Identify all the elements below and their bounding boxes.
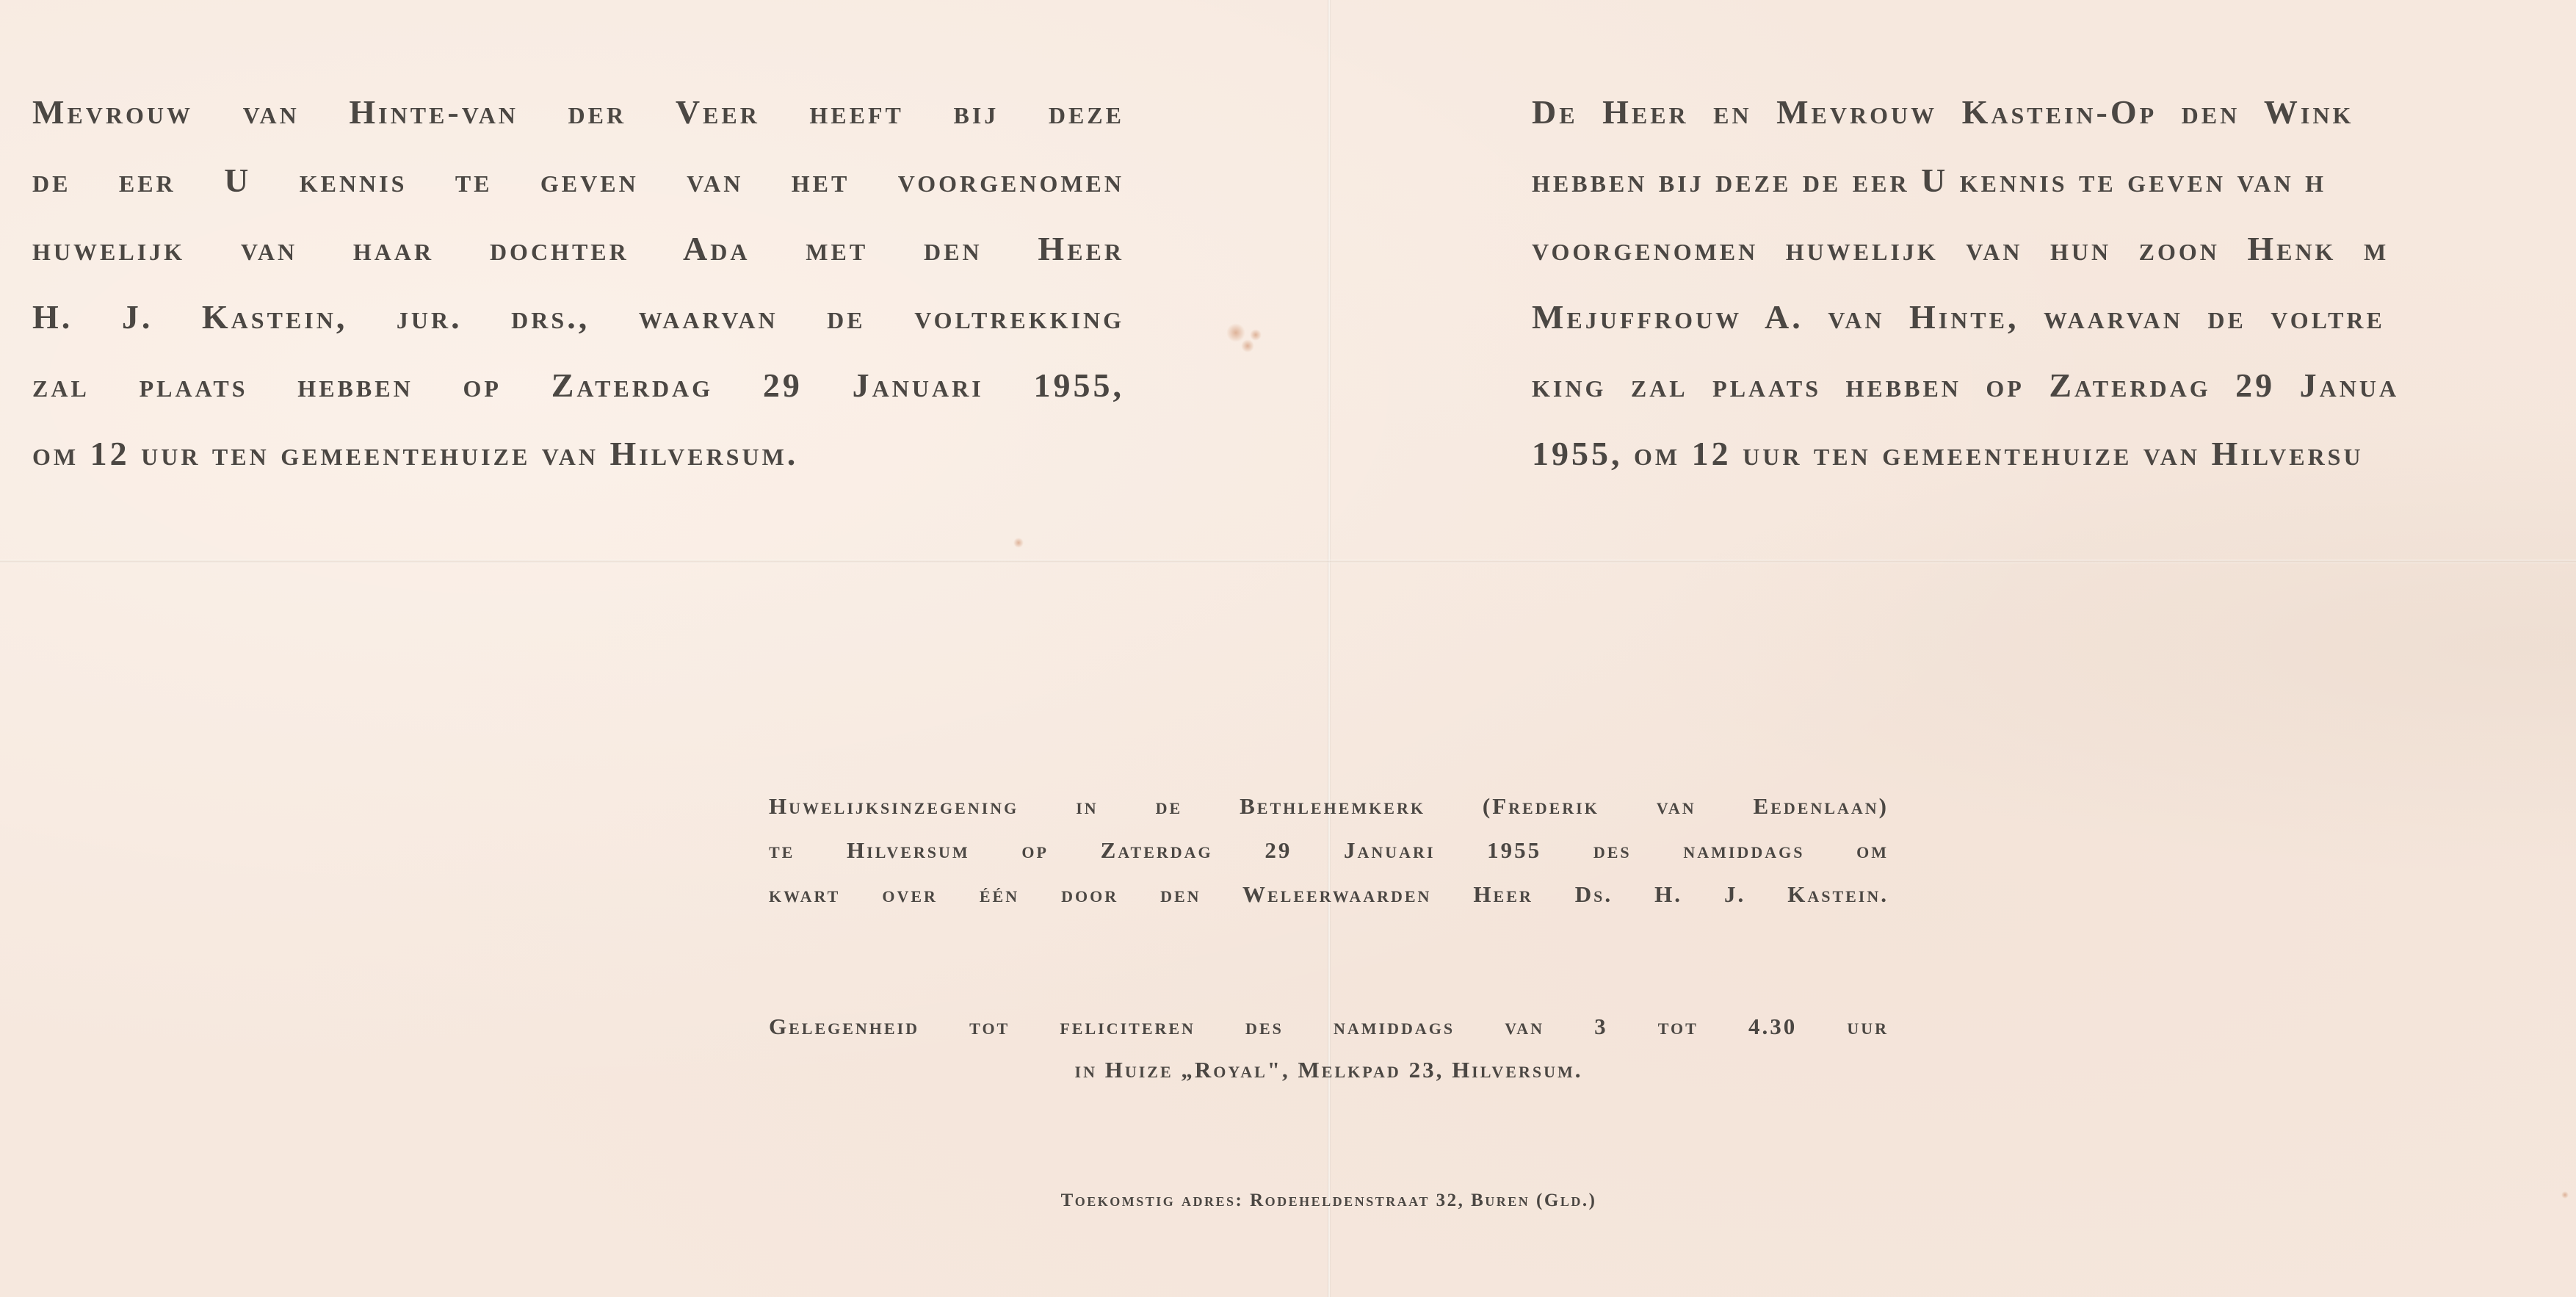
announcement-line: hebben bij deze de eer U kennis te geven… <box>1532 146 2576 214</box>
announcement-line: H. J. Kastein, jur. drs., waarvan de vol… <box>32 283 1124 351</box>
foxing-stain <box>2561 1191 2569 1199</box>
ceremony-line: Huwelijksinzegening in de Bethlehemkerk … <box>769 784 1889 828</box>
foxing-stain <box>1226 323 1245 342</box>
foxing-stain <box>1241 339 1254 353</box>
groom-family-announcement: De Heer en Mevrouw Kastein-Op den Wink h… <box>1532 78 2576 488</box>
vertical-fold-crease <box>1328 0 1331 1297</box>
announcement-line: Mevrouw van Hinte-van der Veer heeft bij… <box>32 78 1124 146</box>
announcement-line: zal plaats hebben op Zaterdag 29 Januari… <box>32 351 1124 419</box>
announcement-line: de eer U kennis te geven van het voorgen… <box>32 146 1124 214</box>
ceremony-line: kwart over één door den Weleerwaarden He… <box>769 873 1889 917</box>
announcement-line: huwelijk van haar dochter Ada met den He… <box>32 214 1124 283</box>
reception-details: Gelegenheid tot feliciteren des namiddag… <box>769 1005 1889 1091</box>
future-address-line: Toekomstig adres: Rodeheldenstraat 32, B… <box>769 1186 1889 1215</box>
future-address: Toekomstig adres: Rodeheldenstraat 32, B… <box>769 1186 1889 1215</box>
announcement-line: Mejuffrouw A. van Hinte, waarvan de volt… <box>1532 283 2576 351</box>
reception-line: Gelegenheid tot feliciteren des namiddag… <box>769 1005 1889 1048</box>
reception-line: in Huize „Royal", Melkpad 23, Hilversum. <box>769 1048 1889 1091</box>
bride-family-announcement: Mevrouw van Hinte-van der Veer heeft bij… <box>32 78 1124 488</box>
announcement-line: De Heer en Mevrouw Kastein-Op den Wink <box>1532 78 2576 146</box>
horizontal-fold-crease <box>0 560 2576 563</box>
ceremony-line: te Hilversum op Zaterdag 29 Januari 1955… <box>769 828 1889 873</box>
announcement-line: 1955, om 12 uur ten gemeentehuize van Hi… <box>1532 419 2576 488</box>
foxing-stain <box>1250 329 1262 341</box>
announcement-line: om 12 uur ten gemeentehuize van Hilversu… <box>32 419 1124 488</box>
church-ceremony-details: Huwelijksinzegening in de Bethlehemkerk … <box>769 784 1889 917</box>
foxing-stain <box>1013 538 1024 548</box>
announcement-line: king zal plaats hebben op Zaterdag 29 Ja… <box>1532 351 2576 419</box>
announcement-line: voorgenomen huwelijk van hun zoon Henk m <box>1532 214 2576 283</box>
